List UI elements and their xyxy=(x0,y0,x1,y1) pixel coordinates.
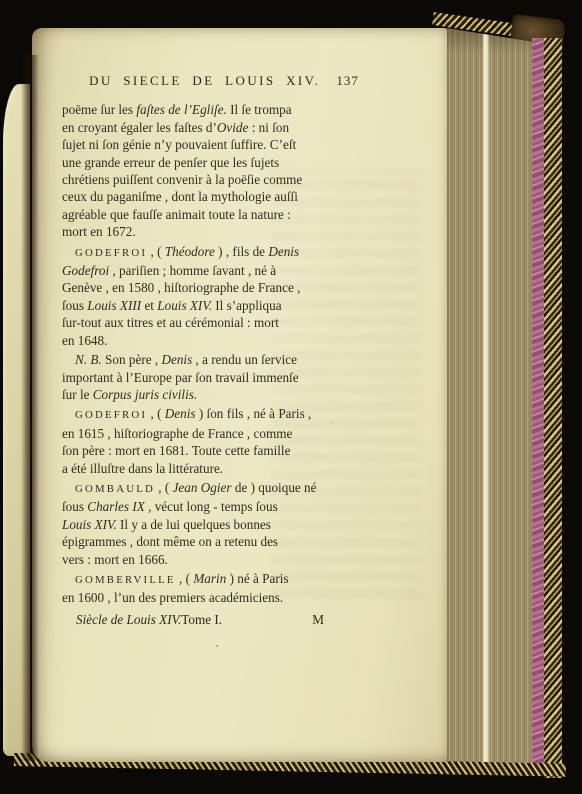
paragraph: poëme ſur les faſtes de l’Egliſe. Il ſe … xyxy=(62,101,386,240)
paragraph: N. B. Son père , Denis , a rendu un ſerv… xyxy=(62,351,386,403)
running-header: DU SIECLE DE LOUIS XIV. 137 xyxy=(62,72,386,89)
page-number: 137 xyxy=(336,72,359,89)
text-line: en 1648. xyxy=(62,332,386,349)
text-line: en 1615 , hiſtoriographe de France , com… xyxy=(62,425,386,442)
text-line: GODEFROI , ( Théodore ) , fils de Denis xyxy=(62,243,386,262)
text-line: agréable que fauſſe animait toute la nat… xyxy=(62,206,386,223)
text-line: ceux du paganiſme , dont la mythologie a… xyxy=(62,188,386,205)
book-photo: DU SIECLE DE LOUIS XIV. 137 poëme ſur le… xyxy=(0,0,582,794)
text-line: en croyant égaler les faſtes d’Ovide : n… xyxy=(62,119,386,136)
text-line: ſur-tout aux titres et au cérémonial : m… xyxy=(62,314,386,331)
text-line: mort en 1672. xyxy=(62,223,386,240)
header-title: DU SIECLE DE LOUIS XIV. xyxy=(89,72,320,89)
text-line: ſous Louis XIII et Louis XIV. Il s’appli… xyxy=(62,297,386,314)
text-line: a été illuſtre dans la littérature. xyxy=(62,460,386,477)
footer-title: Siècle de Louis XIV. xyxy=(76,611,181,628)
signature-mark: M xyxy=(312,611,324,628)
text-line: GOMBAULD , ( Jean Ogier de ) quoique né xyxy=(62,479,386,498)
paragraph: GODEFROI , ( Denis ) ſon fils , né à Par… xyxy=(62,405,386,477)
gilt-border-right xyxy=(544,38,562,778)
text-line: en 1600 , l’un des premiers académiciens… xyxy=(62,589,386,606)
page-text: poëme ſur les faſtes de l’Egliſe. Il ſe … xyxy=(62,101,386,606)
text-line: une grande erreur de penſer que les ſuje… xyxy=(62,154,386,171)
text-line: ſur le Corpus juris civilis. xyxy=(62,386,386,403)
text-line: N. B. Son père , Denis , a rendu un ſerv… xyxy=(62,351,386,368)
text-line: chrétiens puiſſent convenir à la poëſie … xyxy=(62,171,386,188)
text-line: Genève , en 1580 , hiſtoriographe de Fra… xyxy=(62,279,386,296)
footer-volume: Tome I. xyxy=(181,611,222,628)
text-line: ſujet ni ſon génie n’y pouvaient ſuffire… xyxy=(62,136,386,153)
text-line: important à l’Europe par ſon travail imm… xyxy=(62,369,386,386)
text-line: Louis XIV. Il y a de lui quelques bonnes xyxy=(62,516,386,533)
page-text-block: DU SIECLE DE LOUIS XIV. 137 poëme ſur le… xyxy=(62,72,386,628)
page-footer: Siècle de Louis XIV. Tome I. M xyxy=(62,611,386,628)
text-line: Godefroi , pariſien ; homme ſavant , né … xyxy=(62,262,386,279)
text-line: ſon père : mort en 1681. Toute cette fam… xyxy=(62,442,386,459)
text-line: GODEFROI , ( Denis ) ſon fils , né à Par… xyxy=(62,405,386,424)
paragraph: GOMBAULD , ( Jean Ogier de ) quoique néſ… xyxy=(62,479,386,568)
text-line: poëme ſur les faſtes de l’Egliſe. Il ſe … xyxy=(62,101,386,118)
facing-page-edge xyxy=(3,84,30,756)
text-line: ſous Charles IX , vécut long - temps ſou… xyxy=(62,498,386,515)
book-page: DU SIECLE DE LOUIS XIV. 137 poëme ſur le… xyxy=(32,28,447,762)
text-line: GOMBERVILLE , ( Marin ) né à Paris xyxy=(62,570,386,589)
text-line: épigrammes , dont même on a retenu des xyxy=(62,533,386,550)
paragraph: GOMBERVILLE , ( Marin ) né à Parisen 160… xyxy=(62,570,386,607)
text-line: vers : mort en 1666. xyxy=(62,551,386,568)
page-fore-edge xyxy=(446,24,534,776)
paragraph: GODEFROI , ( Théodore ) , fils de DenisG… xyxy=(62,243,386,349)
